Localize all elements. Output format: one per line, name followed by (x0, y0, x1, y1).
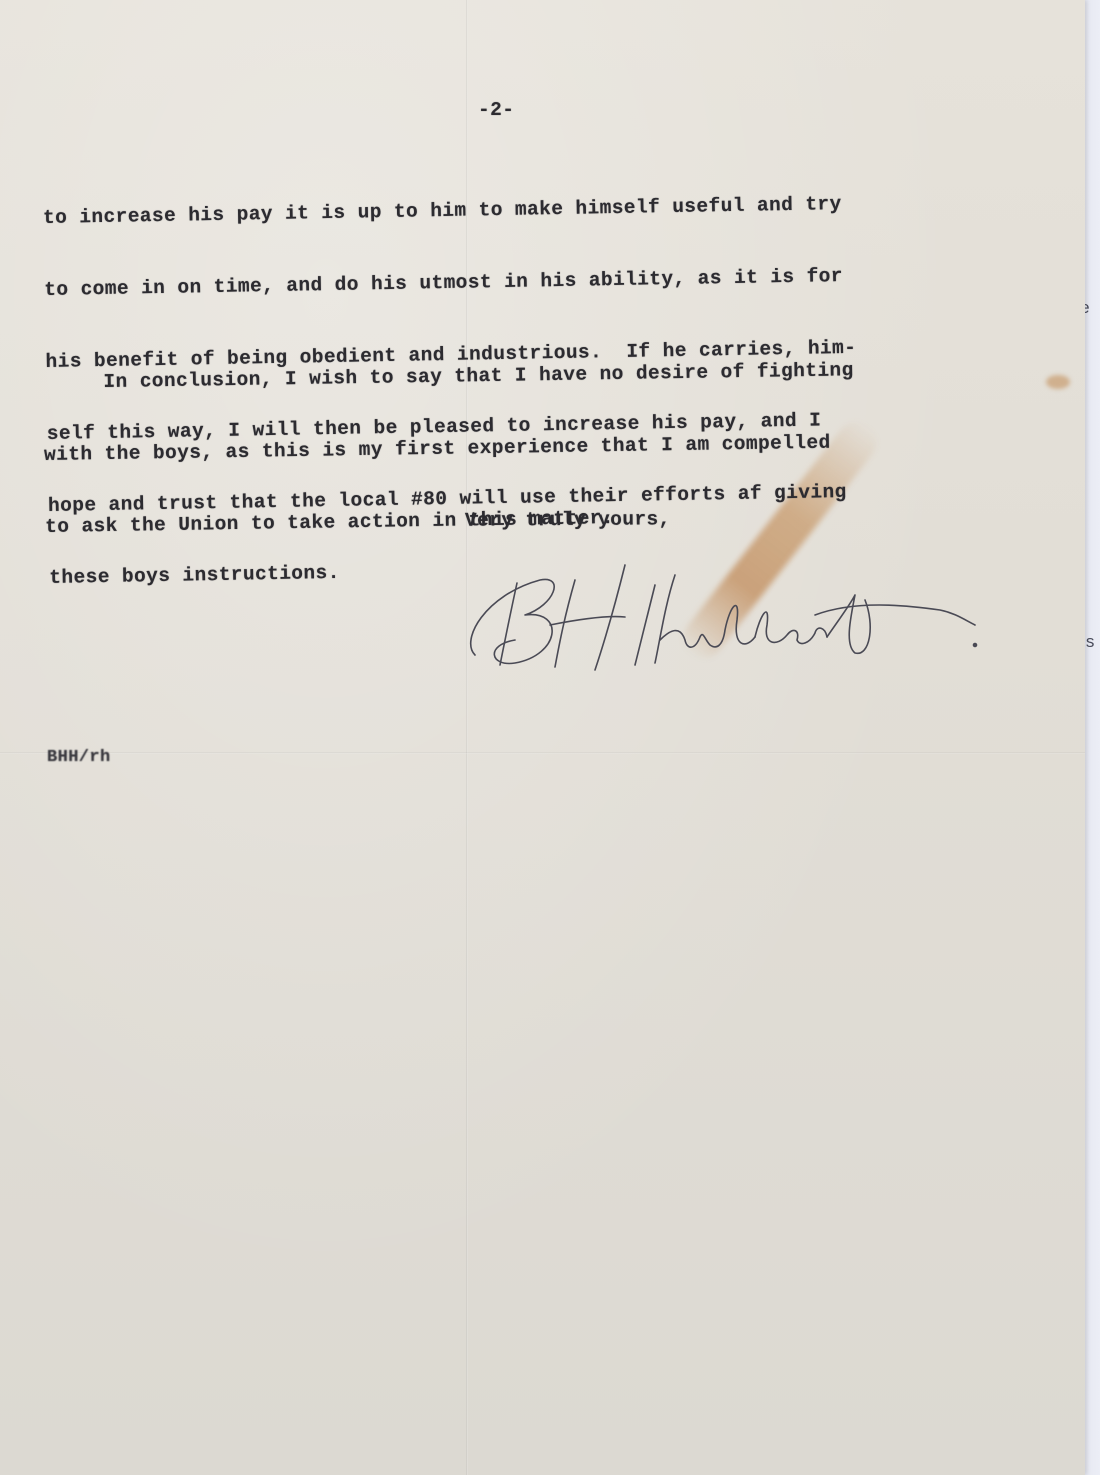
letter-sheet: -2- to increase his pay it is up to him … (0, 0, 1085, 1475)
text-line: to increase his pay it is up to him to m… (43, 192, 854, 230)
text-line: to ask the Union to take action in this … (45, 502, 856, 539)
text-line: In conclusion, I wish to say that I have… (43, 358, 854, 395)
page-number: -2- (478, 98, 514, 122)
stain-spot (1046, 375, 1070, 389)
closing-salutation: Very truly yours, (465, 507, 671, 532)
text-line: to come in on time, and do his utmost in… (44, 264, 855, 302)
text-line: with the boys, as this is my first exper… (44, 430, 855, 467)
reference-initials: BHH/rh (47, 746, 111, 770)
horizontal-fold-crease (0, 752, 1085, 754)
handwritten-signature: B H Hubbert (455, 545, 1005, 685)
